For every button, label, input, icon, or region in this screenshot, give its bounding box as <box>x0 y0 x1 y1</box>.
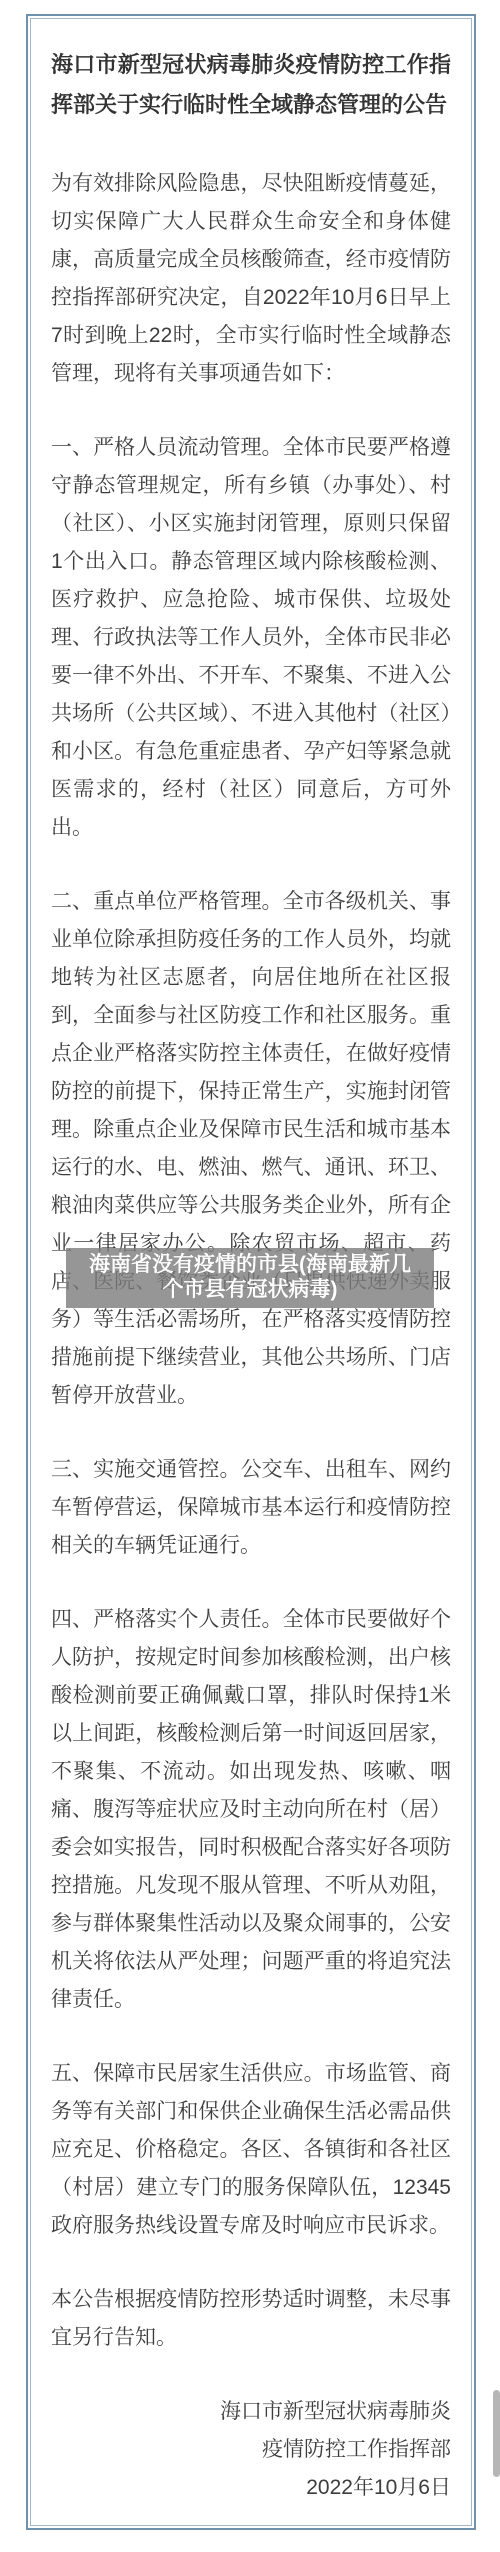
announcement-paragraph-1: 一、严格人员流动管理。全体市民要严格遵守静态管理规定，所有乡镇（办事处）、村（社… <box>51 429 451 847</box>
signature-block: 海口市新型冠状病毒肺炎 疫情防控工作指挥部 2022年10月6日 <box>51 2393 451 2507</box>
announcement-paragraph-4: 四、严格落实个人责任。全体市民要做好个人防护，按规定时间参加核酸检测，出户核酸检… <box>51 1601 451 2019</box>
scrollbar-thumb[interactable] <box>493 2390 500 2477</box>
announcement-title: 海口市新型冠状病毒肺炎疫情防控工作指挥部关于实行临时性全域静态管理的公告 <box>51 45 451 125</box>
signature-org-line-2: 疫情防控工作指挥部 <box>51 2431 451 2469</box>
announcement-paragraph-closing: 本公告根据疫情防控形势适时调整，未尽事宜另行告知。 <box>51 2281 451 2357</box>
watermark-caption: 海南省没有疫情的市县(海南最新几 个市县有冠状病毒) <box>66 1248 434 1308</box>
signature-date: 2022年10月6日 <box>51 2469 451 2507</box>
announcement-paragraph-5: 五、保障市民居家生活供应。市场监管、商务等有关部门和保供企业确保生活必需品供应充… <box>51 2055 451 2245</box>
watermark-caption-line-1: 海南省没有疫情的市县(海南最新几 <box>68 1252 432 1277</box>
signature-org-line-1: 海口市新型冠状病毒肺炎 <box>51 2393 451 2431</box>
page-root: { "page": { "background": "#ffffff", "fr… <box>0 0 500 2552</box>
announcement-paragraph-3: 三、实施交通管控。公交车、出租车、网约车暂停营运，保障城市基本运行和疫情防控相关… <box>51 1451 451 1565</box>
announcement-paragraph-2: 二、重点单位严格管理。全市各级机关、事业单位除承担防疫任务的工作人员外，均就地转… <box>51 883 451 1415</box>
announcement-paragraph-intro: 为有效排除风险隐患，尽快阻断疫情蔓延，切实保障广大人民群众生命安全和身体健康，高… <box>51 165 451 393</box>
watermark-caption-line-2: 个市县有冠状病毒) <box>68 1277 432 1302</box>
